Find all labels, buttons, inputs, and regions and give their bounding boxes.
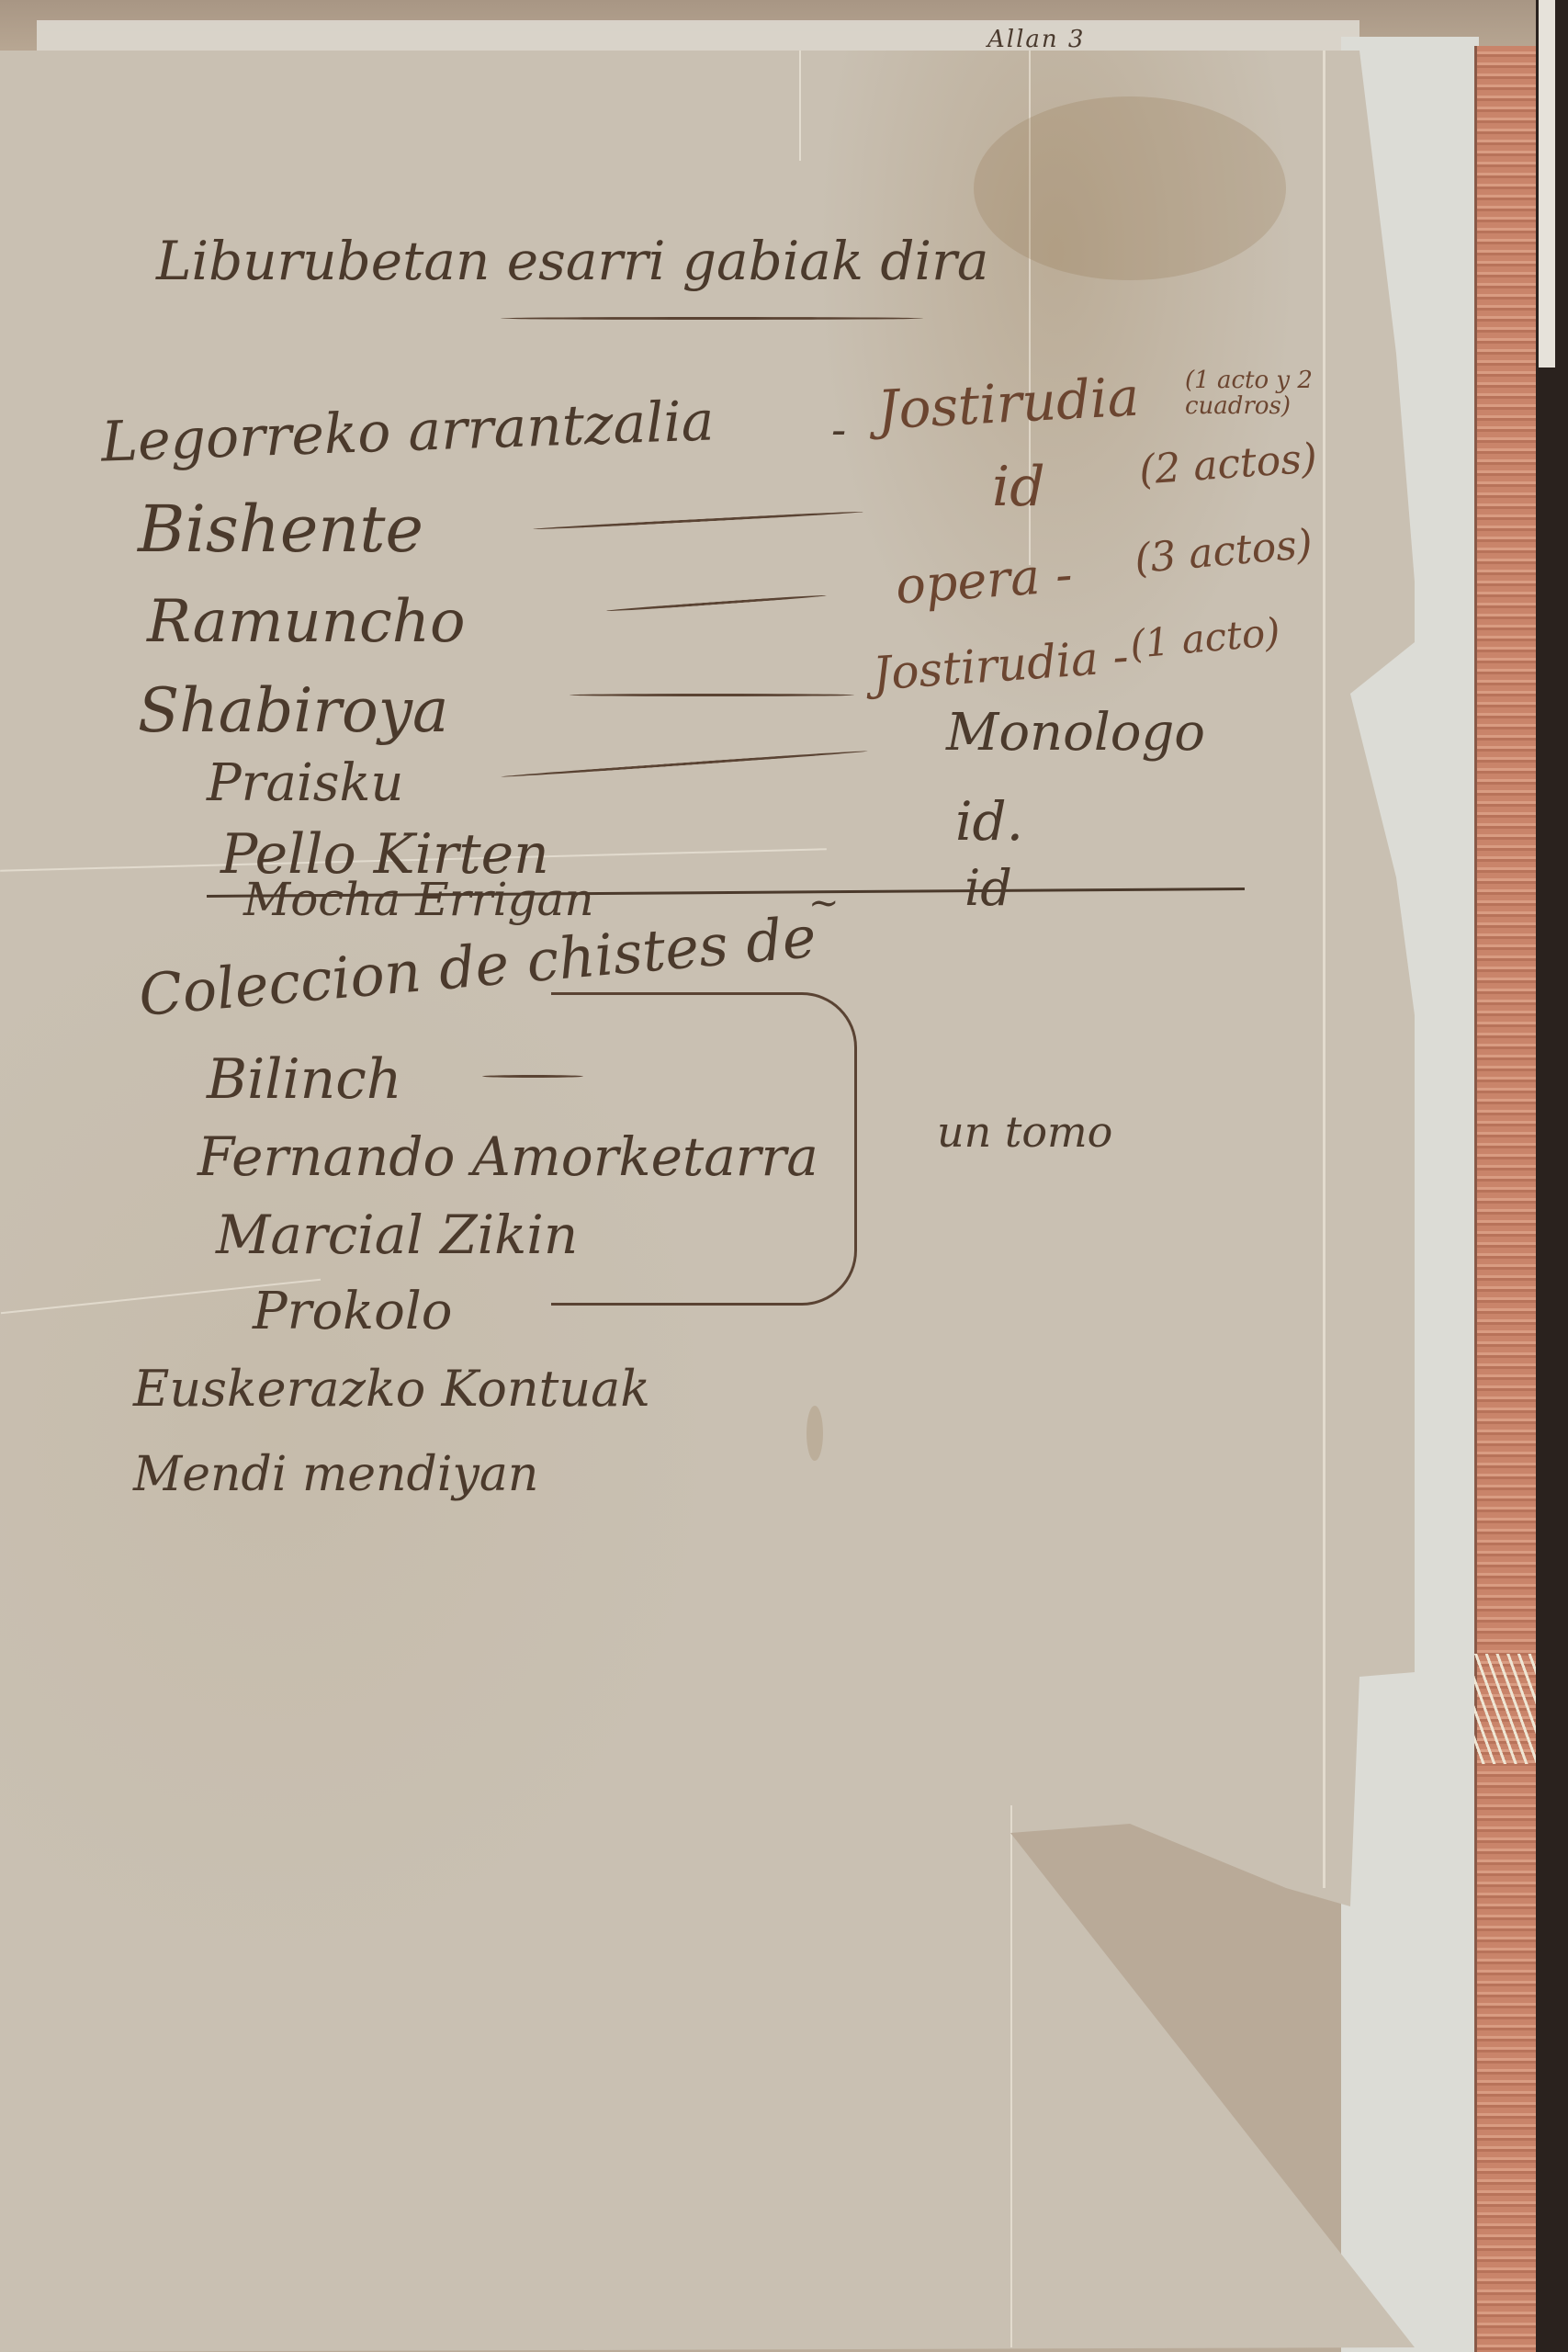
water-stain (974, 96, 1286, 280)
title-underline (501, 317, 923, 320)
book-spine (1474, 46, 1540, 2352)
entry-genre: Jostirudia - (871, 629, 1130, 700)
trailing-entry: Euskerazko Kontuak (133, 1360, 650, 1418)
entry-note: (2 actos) (1137, 435, 1318, 493)
entry-note: (1 acto y 2 cuadros) (1185, 367, 1387, 419)
crease (1323, 51, 1325, 1888)
entry-title: Praisku (207, 753, 403, 813)
manuscript-page: Liburubetan esarri gabiak dira Legorreko… (0, 51, 1415, 2352)
entry-title: Bishente (138, 492, 423, 567)
ink-spot (807, 1406, 823, 1461)
entry-note: (1 acto) (1128, 609, 1281, 667)
entry-title-struck: Mocha Errigan (243, 873, 594, 926)
entry-genre: Jostirudia (875, 366, 1140, 442)
crease (1010, 1805, 1012, 2347)
entry-note: (3 actos) (1133, 521, 1314, 583)
entry-title: Legorreko arrantzalia (100, 389, 716, 474)
entry-dash (606, 594, 827, 613)
page-title: Liburubetan esarri gabiak dira (156, 230, 988, 292)
grouping-brace (551, 992, 857, 1306)
entry-dash (570, 694, 854, 696)
entry-genre: id (964, 859, 1012, 917)
collection-item: Marcial Zikin (216, 1204, 578, 1266)
entry-genre: opera - (894, 545, 1074, 615)
binding-paper-edge (1539, 0, 1555, 367)
entry-separator: - (831, 404, 846, 456)
entry-title: Ramuncho (147, 588, 466, 656)
entry-dash (501, 750, 867, 778)
entry-title: Shabiroya (138, 675, 448, 746)
trailing-entry: Mendi mendiyan (133, 1447, 538, 1502)
collection-item: Prokolo (253, 1282, 452, 1341)
entry-genre: Monologo (946, 703, 1205, 763)
crease (799, 51, 801, 161)
entry-dash (533, 511, 863, 531)
collection-note: un tomo (937, 1107, 1112, 1157)
entry-genre: id. (955, 790, 1023, 853)
entry-genre: id (992, 455, 1045, 519)
top-edge-note: Allan 3 (987, 26, 1085, 53)
collection-item: Bilinch (207, 1047, 402, 1112)
